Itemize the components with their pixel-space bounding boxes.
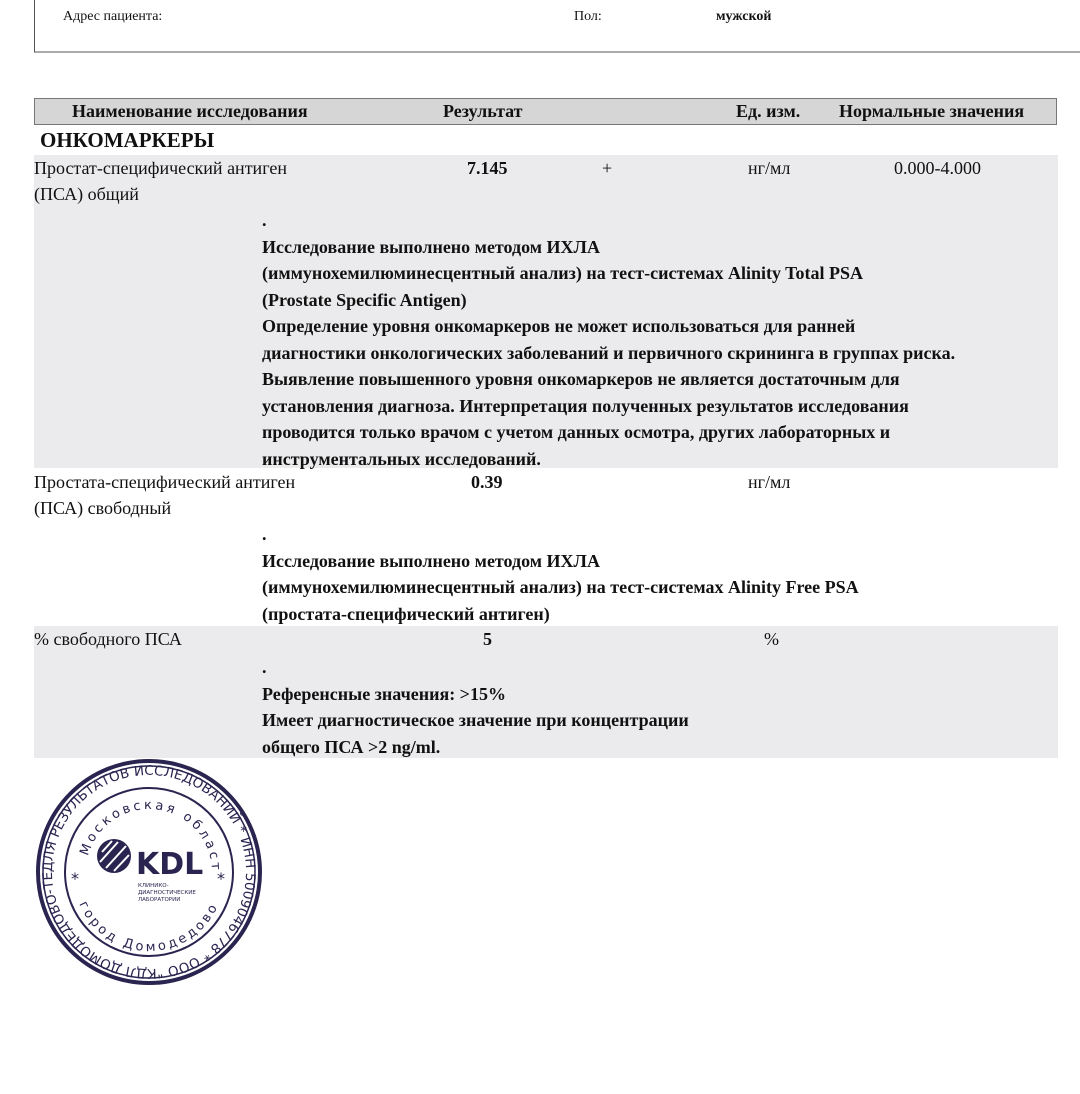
test-name: % свободного ПСА bbox=[34, 626, 182, 652]
test-normal-range: 0.000-4.000 bbox=[894, 155, 981, 181]
header-name: Наименование исследования bbox=[72, 101, 308, 122]
results-table-header: Наименование исследования Результат Ед. … bbox=[34, 98, 1057, 125]
test-unit: нг/мл bbox=[748, 155, 790, 181]
section-title: ОНКОМАРКЕРЫ bbox=[40, 128, 214, 153]
svg-text:КЛИНИКО-: КЛИНИКО- bbox=[138, 883, 169, 889]
svg-text:ДИАГНОСТИЧЕСКИЕ: ДИАГНОСТИЧЕСКИЕ bbox=[138, 890, 196, 896]
test-name: Простат-специфический антиген bbox=[34, 155, 287, 181]
test-name-line2: (ПСА) общий bbox=[34, 181, 139, 207]
header-unit: Ед. изм. bbox=[736, 101, 800, 122]
address-label: Адрес пациента: bbox=[63, 9, 162, 25]
kdl-globe-icon bbox=[97, 839, 131, 873]
patient-info-box: … Дата рождения: … Адрес пациента: Пол: … bbox=[34, 0, 1080, 53]
svg-text:*: * bbox=[71, 869, 79, 888]
sex-value: мужской bbox=[716, 9, 771, 25]
abnormal-flag: + bbox=[602, 155, 612, 181]
test-name-line2: (ПСА) свободный bbox=[34, 495, 171, 521]
svg-text:город Домодедово: город Домодедово bbox=[75, 899, 222, 955]
svg-text:*: * bbox=[217, 869, 225, 888]
svg-text:ЛАБОРАТОРИИ: ЛАБОРАТОРИИ bbox=[138, 897, 180, 903]
test-note: . Исследование выполнено методом ИХЛА (и… bbox=[262, 521, 859, 627]
test-result: 0.39 bbox=[471, 469, 503, 495]
test-note: . Исследование выполнено методом ИХЛА (и… bbox=[262, 207, 955, 472]
test-result: 5 bbox=[483, 626, 492, 652]
test-name: Простата-специфический антиген bbox=[34, 469, 295, 495]
header-normal: Нормальные значения bbox=[839, 101, 1024, 122]
svg-text:KDL: KDL bbox=[136, 847, 203, 882]
sex-label: Пол: bbox=[574, 9, 602, 25]
test-unit: % bbox=[764, 626, 779, 652]
lab-stamp: ДЛЯ РЕЗУЛЬТАТОВ ИССЛЕДОВАНИЙ * ИНН 50090… bbox=[34, 758, 264, 986]
stamp-seal-icon: ДЛЯ РЕЗУЛЬТАТОВ ИССЛЕДОВАНИЙ * ИНН 50090… bbox=[34, 758, 264, 986]
test-result: 7.145 bbox=[467, 155, 508, 181]
test-note: . Референсные значения: >15% Имеет диагн… bbox=[262, 654, 689, 760]
header-result: Результат bbox=[443, 101, 523, 122]
test-unit: нг/мл bbox=[748, 469, 790, 495]
